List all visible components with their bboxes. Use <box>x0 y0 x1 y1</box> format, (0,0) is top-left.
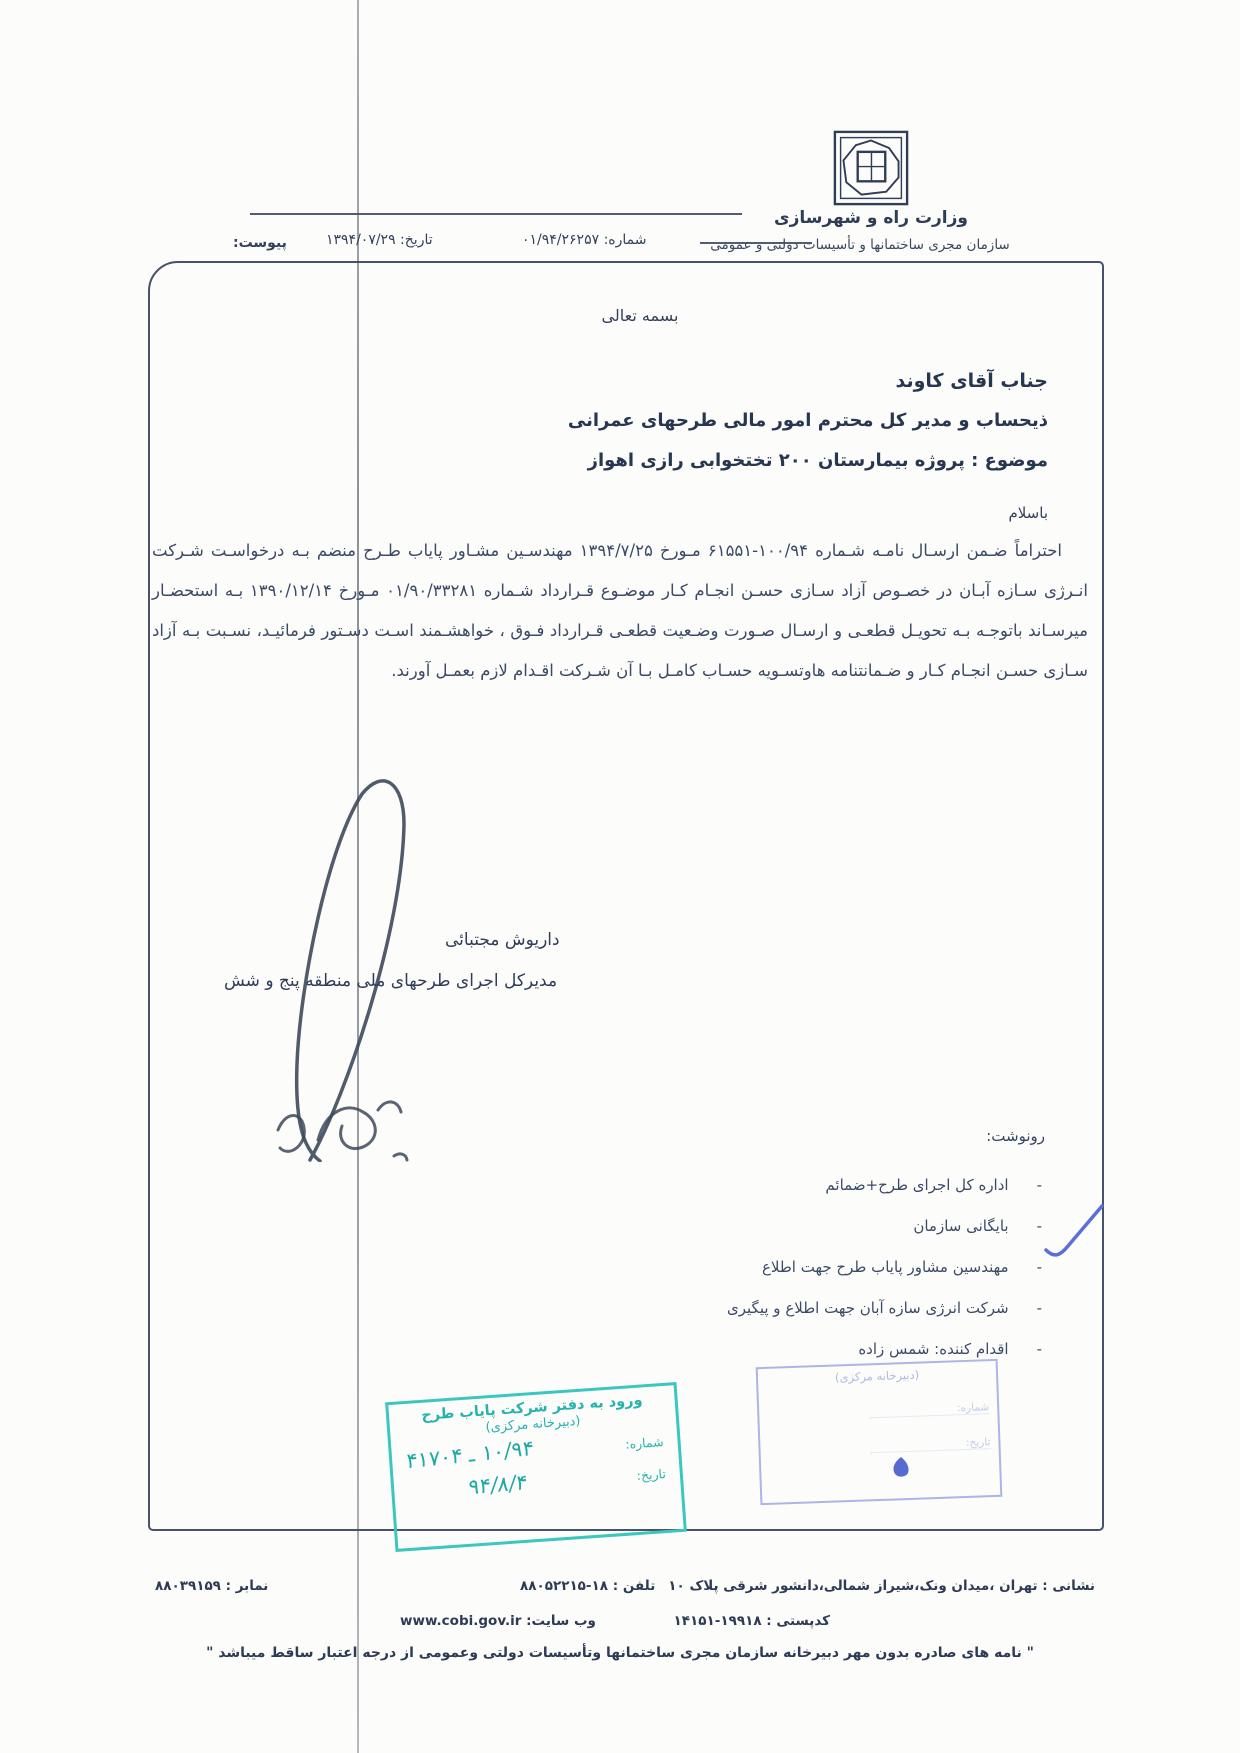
teal-stamp-date-label: تاریخ: <box>636 1465 666 1482</box>
blue-ink-blot <box>890 1455 912 1479</box>
cc-item-text: اقدام کننده: شمس زاده <box>858 1340 1008 1358</box>
footer-website-url: www.cobi.gov.ir <box>400 1613 521 1629</box>
attachment-label: پیوست: <box>233 235 287 251</box>
ministry-name: وزارت راه و شهرسازی <box>741 208 1001 228</box>
footer-address: نشانی : تهران ،میدان ونک،شیراز شمالی،دان… <box>668 1578 1095 1594</box>
footer-postal-code: کدپستی : ۱۹۹۱۸-۱۴۱۵۱ <box>674 1613 830 1629</box>
ministry-emblem-icon <box>833 130 909 206</box>
cc-label: رونوشت: <box>986 1127 1045 1145</box>
pen-checkmark-icon <box>1038 1198 1110 1264</box>
cc-dash: - <box>1037 1340 1042 1358</box>
cc-item-text: اداره کل اجرای طرح+ضمائم <box>825 1176 1008 1194</box>
cc-item: -مهندسین مشاور پایاب طرح جهت اطلاع <box>762 1258 1042 1276</box>
organization-name: سازمان مجری ساختمانها و تأسیسات دولتی و … <box>700 237 1020 253</box>
blue-stamp-date-row: تاریخ: <box>870 1436 990 1453</box>
blue-stamp-header: (دبیرخانه مرکزی) <box>766 1365 988 1387</box>
subject-line: موضوع : پروژه بیمارستان ۲۰۰ تختخوابی راز… <box>588 450 1048 471</box>
cc-dash: - <box>1037 1299 1042 1317</box>
teal-entry-stamp: ورود به دفتر شرکت پایاب طرح (دبیرخانه مر… <box>385 1382 687 1552</box>
letter-body-paragraph: احتراماً ضـمن ارسـال نامـه شـماره ۱۰۰/۹۴… <box>152 531 1088 691</box>
letter-date-value: ۱۳۹۴/۰۷/۲۹ <box>326 232 396 248</box>
teal-stamp-date-handwriting: ۹۴/۸/۴ <box>468 1470 528 1499</box>
cc-item-text: بایگانی سازمان <box>913 1217 1008 1235</box>
header-rule <box>250 213 742 215</box>
blue-stamp-number-row: شماره: <box>869 1401 989 1418</box>
letter-number-label: شماره: <box>604 232 647 248</box>
salutation-text: باسلام <box>1008 504 1048 522</box>
signature-scribble <box>266 1068 416 1178</box>
blue-entry-stamp: (دبیرخانه مرکزی) شماره: تاریخ: <box>756 1359 1003 1505</box>
cc-dash: - <box>1037 1176 1042 1194</box>
cc-item: -اداره کل اجرای طرح+ضمائم <box>825 1176 1042 1194</box>
footer-disclaimer: " نامه های صادره بدون مهر دبیرخانه سازما… <box>180 1645 1060 1661</box>
letter-date-label: تاریخ: <box>400 232 433 248</box>
recipient-title: ذیحساب و مدیر کل محترم امور مالی طرحهای … <box>568 410 1048 431</box>
cc-item-text: شرکت انرژی سازه آبان جهت اطلاع و پیگیری <box>727 1299 1009 1317</box>
teal-stamp-number-handwriting: ۱۰/۹۴ ـ ۴۱۷۰۴ <box>406 1436 533 1474</box>
scanned-letter-page: وزارت راه و شهرسازی سازمان مجری ساختمانه… <box>0 0 1240 1753</box>
recipient-name: جناب آقای کاوند <box>895 370 1048 392</box>
cc-item-text: مهندسین مشاور پایاب طرح جهت اطلاع <box>762 1258 1009 1276</box>
cc-item: -بایگانی سازمان <box>913 1217 1042 1235</box>
cc-item: -شرکت انرژی سازه آبان جهت اطلاع و پیگیری <box>727 1299 1042 1317</box>
footer-phone: تلفن : ۱۸-۸۸۰۵۲۲۱۵ <box>520 1578 655 1594</box>
letter-number-field: شماره: ۰۱/۹۴/۲۶۲۵۷ <box>522 232 646 248</box>
signer-title: مدیرکل اجرای طرحهای ملی منطقه پنج و شش <box>224 971 557 991</box>
signer-name: داریوش مجتبائی <box>445 930 560 950</box>
besmele-text: بسمه تعالی <box>575 306 705 325</box>
letter-date-field: تاریخ: ۱۳۹۴/۰۷/۲۹ <box>326 232 433 248</box>
footer-website-label: وب سایت: <box>526 1613 596 1629</box>
cc-item: -اقدام کننده: شمس زاده <box>858 1340 1042 1358</box>
footer-website: وب سایت: www.cobi.gov.ir <box>400 1613 596 1629</box>
teal-stamp-number-label: شماره: <box>625 1434 664 1452</box>
letter-number-value: ۰۱/۹۴/۲۶۲۵۷ <box>522 232 599 248</box>
footer-fax: نمابر : ۸۸۰۳۹۱۵۹ <box>155 1578 268 1594</box>
